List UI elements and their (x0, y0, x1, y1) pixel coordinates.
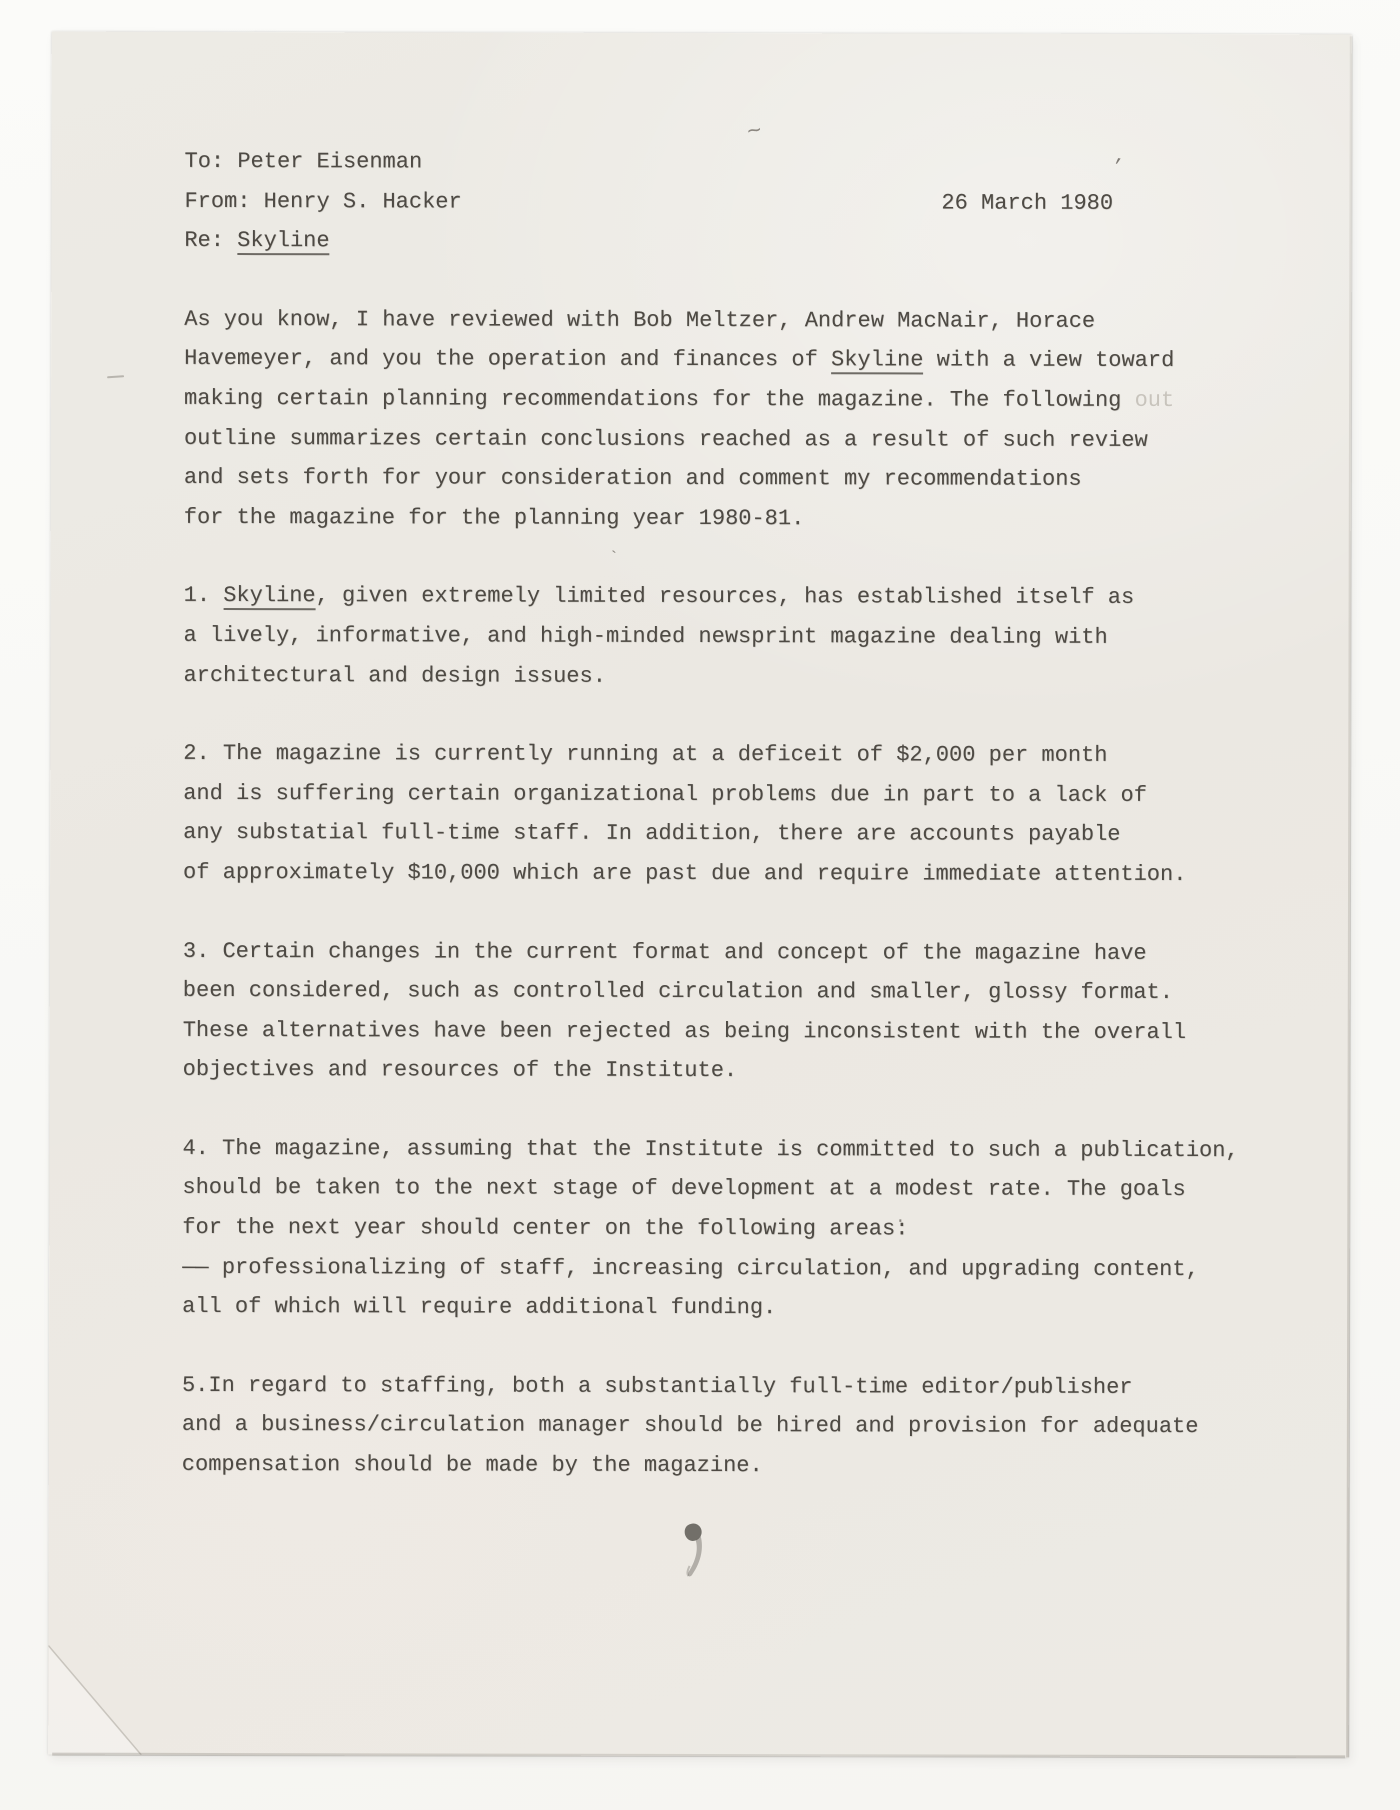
memo-line: for the magazine for the planning year 1… (184, 498, 1324, 540)
memo-paragraph-5: 4. The magazine, assuming that the Insti… (182, 1129, 1322, 1329)
memo-line: As you know, I have reviewed with Bob Me… (184, 300, 1324, 342)
memo-line: architectural and design issues. (183, 655, 1323, 697)
underlined-text: Skyline (223, 583, 315, 610)
memo-date: 26 March 1980 (941, 183, 1113, 223)
memo-line: These alternatives have been rejected as… (183, 1011, 1323, 1053)
memo-line: From: Henry S. Hacker26 March 1980 (184, 182, 1324, 224)
memo-line: Havemeyer, and you the operation and fin… (184, 339, 1324, 381)
memo-line: 5.In regard to staffing, both a substant… (182, 1366, 1322, 1408)
margin-dash-mark (107, 375, 124, 378)
underlined-text: Skyline (237, 228, 329, 255)
memo-paragraph-4: 3. Certain changes in the current format… (183, 931, 1323, 1092)
memo-paragraph-6: 5.In regard to staffing, both a substant… (182, 1366, 1322, 1487)
memo-line: objectives and resources of the Institut… (183, 1050, 1323, 1092)
memo-line: and a business/circulation manager shoul… (182, 1405, 1322, 1447)
memo-body: To: Peter EisenmanFrom: Henry S. Hacker2… (182, 142, 1325, 1526)
ink-blot (681, 1522, 709, 1580)
memo-header: To: Peter EisenmanFrom: Henry S. Hacker2… (184, 142, 1324, 263)
memo-page: To: Peter EisenmanFrom: Henry S. Hacker2… (48, 32, 1352, 1758)
memo-line: and is suffering certain organizational … (183, 774, 1323, 816)
memo-line: making certain planning recommendations … (184, 379, 1324, 421)
memo-line: 2. The magazine is currently running at … (183, 734, 1323, 776)
memo-line: 4. The magazine, assuming that the Insti… (182, 1129, 1322, 1171)
memo-line: Re: Skyline (184, 221, 1324, 263)
underlined-text: Skyline (831, 348, 923, 375)
memo-paragraph-3: 2. The magazine is currently running at … (183, 734, 1323, 895)
memo-line: any substatial full-time staff. In addit… (183, 813, 1323, 855)
memo-line: for the next year should center on the f… (182, 1208, 1322, 1250)
memo-line: of approximately $10,000 which are past … (183, 853, 1323, 895)
memo-line: compensation should be made by the magaz… (182, 1445, 1322, 1487)
fold-crease (48, 1642, 158, 1755)
memo-line: all of which will require additional fun… (182, 1287, 1322, 1329)
memo-line: 3. Certain changes in the current format… (183, 931, 1323, 973)
memo-line: been considered, such as controlled circ… (183, 971, 1323, 1013)
memo-line: 1. Skyline, given extremely limited reso… (184, 576, 1324, 618)
memo-line: —— professionalizing of staff, increasin… (182, 1248, 1322, 1290)
memo-line: should be taken to the next stage of dev… (182, 1168, 1322, 1210)
memo-line: To: Peter Eisenman (184, 142, 1324, 184)
memo-paragraph-2: 1. Skyline, given extremely limited reso… (183, 576, 1323, 697)
memo-line: outline summarizes certain conclusions r… (184, 418, 1324, 460)
ghost-ink-mark: out (1121, 388, 1174, 413)
memo-line: and sets forth for your consideration an… (184, 458, 1324, 500)
memo-line: a lively, informative, and high-minded n… (183, 616, 1323, 658)
memo-paragraph-1: As you know, I have reviewed with Bob Me… (184, 300, 1324, 540)
